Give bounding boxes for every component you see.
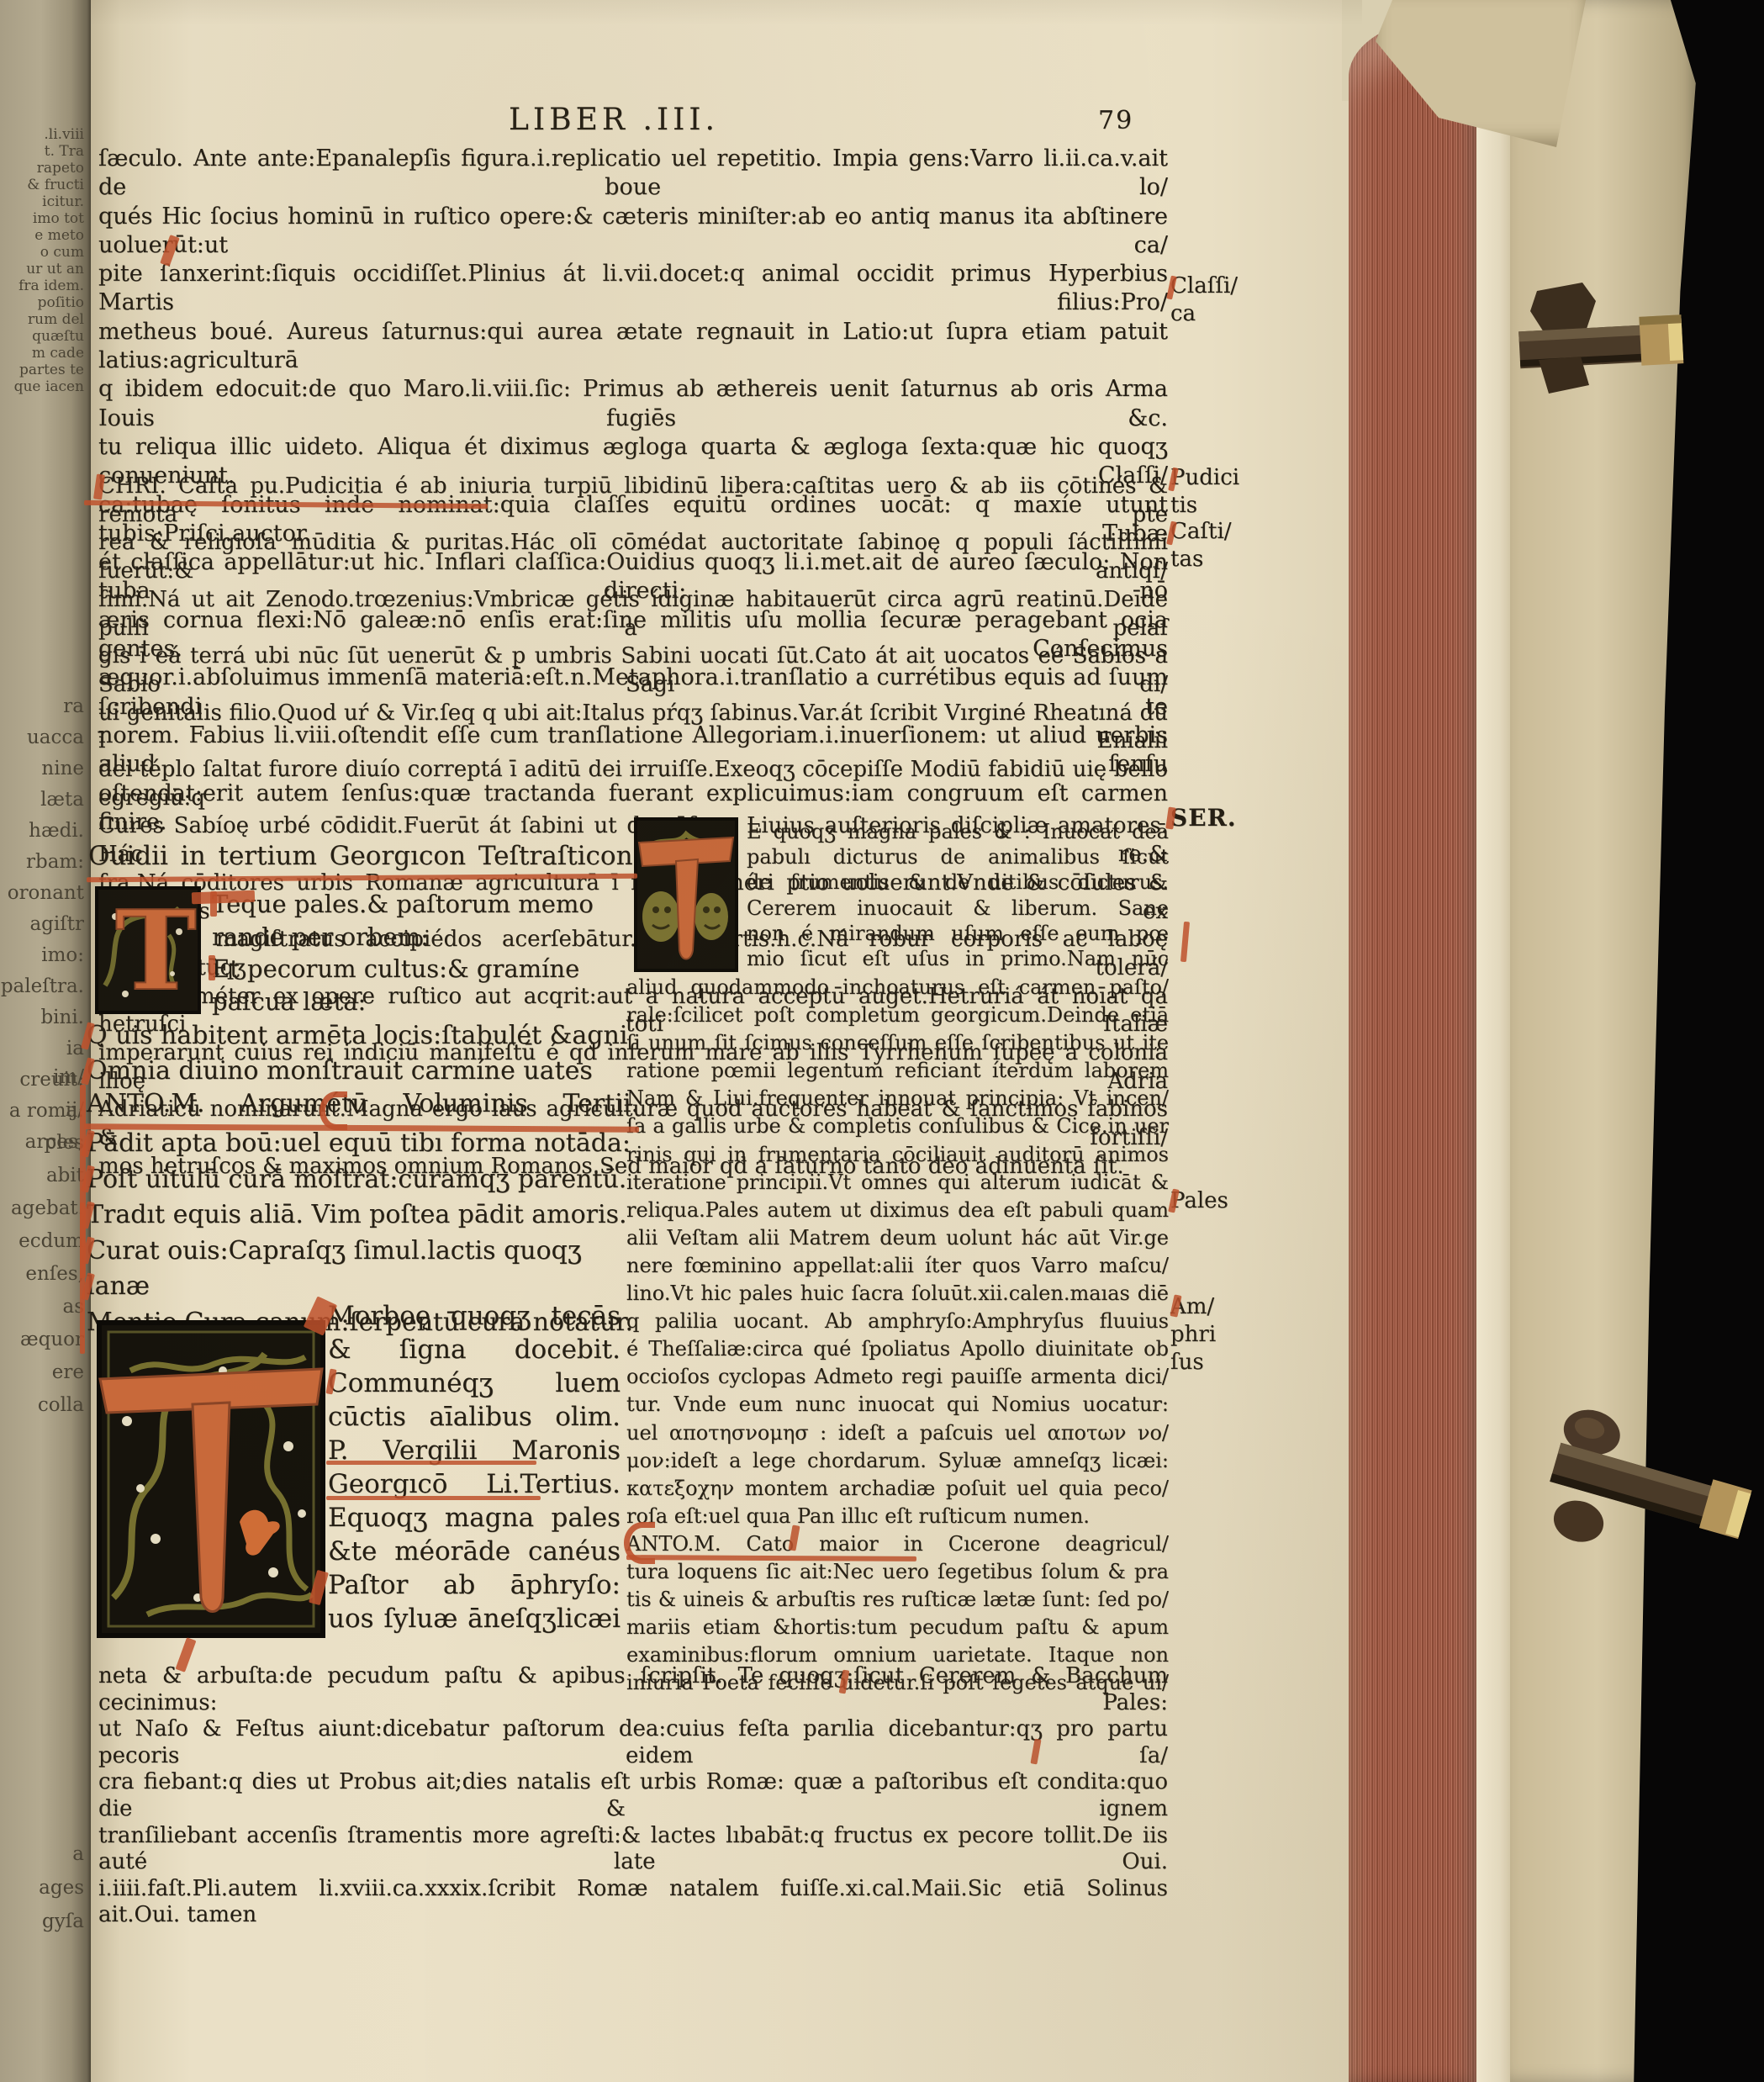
text-line: Et pecorum cultus:& gramíne bbox=[212, 953, 636, 986]
text-line: agebat. bbox=[0, 1192, 84, 1225]
text-line: agiſtr bbox=[0, 909, 84, 940]
text-line: metheus boué. Aureus ſaturnus:qui aurea … bbox=[98, 318, 1168, 376]
verse-beside-small-initial: Teque pales.& paſtorum memorande per orb… bbox=[212, 888, 636, 1017]
text-line: ſa a gallis urbe & completis conſulibus … bbox=[626, 1112, 1169, 1140]
text-line: Nam & Liui.frequenter innouat principia:… bbox=[626, 1085, 1169, 1112]
text-line: gyſa bbox=[0, 1905, 84, 1938]
text-line: cūctis aīalibus olim. bbox=[328, 1400, 621, 1434]
rubric-underline bbox=[326, 1461, 536, 1465]
text-line: rale:ſcilicet poſt completum georgicum.D… bbox=[626, 1001, 1169, 1029]
text-line: poſitio bbox=[0, 294, 84, 311]
woodcut-initial-large bbox=[97, 1320, 325, 1638]
text-line: ecdum bbox=[0, 1225, 84, 1258]
text-line: imo tot bbox=[0, 210, 84, 227]
svg-text:T: T bbox=[115, 886, 197, 1014]
text-line: rea & religioſa mūditia & puritas.Hác ol… bbox=[98, 529, 1168, 585]
text-line: tis bbox=[1170, 492, 1263, 520]
text-line: q palilia uocant. Ab amphryſo:Amphryſus … bbox=[626, 1308, 1169, 1335]
text-line: reliqua.Pales autem ut diximus dea eſt p… bbox=[626, 1197, 1169, 1224]
text-line: Am/ bbox=[1170, 1293, 1263, 1321]
text-line: qués Hic ſocius hominū in ruſtico opere:… bbox=[98, 203, 1168, 261]
text-line: Paſtor ab āphryſo: bbox=[328, 1568, 621, 1602]
text-line: Teque pales.& paſtorum memo bbox=[212, 888, 636, 921]
text-line: ſi unum ſit ſcimus conceſſum eſſe ſcribe… bbox=[626, 1029, 1169, 1057]
text-line: Morboę quoqʒ tecās bbox=[328, 1299, 621, 1333]
text-line: o cum bbox=[0, 244, 84, 261]
margin-note-ser: SER. bbox=[1170, 804, 1263, 832]
text-line: ages bbox=[0, 1871, 84, 1905]
text-line: abit bbox=[0, 1160, 84, 1192]
text-line: ui genitalis filio.Quod uŕ & Vir.ſeq q u… bbox=[98, 700, 1168, 756]
text-line: mio ſicut eſt uſus in primo.Nam nūc bbox=[747, 946, 1169, 971]
book-clasp-top bbox=[1505, 276, 1698, 419]
text-line: non é mirandum uſum eſſe eum pœ bbox=[747, 921, 1169, 946]
text-line: tis & uineis & arbuſtis res ruſticæ lætæ… bbox=[626, 1586, 1169, 1614]
text-line: Pudici bbox=[1170, 464, 1263, 492]
text-line: partes te bbox=[0, 362, 84, 378]
text-line: nine læta bbox=[0, 753, 84, 816]
text-line: tura loquens ſic ait:Nec uero ſegetibus … bbox=[626, 1558, 1169, 1586]
text-line: Tradıt equis aliā. Vim poſtea pādit amor… bbox=[87, 1197, 639, 1234]
text-line: icitur. bbox=[0, 193, 84, 210]
text-line: tranſiliebant accenſis ſtramentis more a… bbox=[98, 1823, 1168, 1876]
margin-note-castitas: Caſti/tas bbox=[1170, 518, 1263, 573]
woodcut-initial-small: T bbox=[95, 886, 201, 1014]
text-line: ſimi.Ná ut ait Zenodo.trœzenius:Vmbricæ … bbox=[98, 586, 1168, 642]
text-line: im/ bbox=[0, 1061, 84, 1094]
text-line: Q uis habitent armēta locis:ſtabulét &ag… bbox=[87, 1018, 639, 1054]
book-clasp-bottom bbox=[1544, 1406, 1764, 1608]
right-column-block-a: aliud quodammodo inchoaturus eſt carmen … bbox=[626, 974, 1169, 1530]
text-line: κατεξοχην montem archadiæ poſuit uel qui… bbox=[626, 1475, 1169, 1503]
rubric-underline bbox=[326, 1496, 541, 1500]
margin-note-pales: Pales bbox=[1170, 1187, 1263, 1215]
text-line: pite ſanxerint:ſiquis occidiſſet.Plinius… bbox=[98, 260, 1168, 318]
text-line: tur. Vnde eum nunc inuocat qui Nomius uo… bbox=[626, 1391, 1169, 1419]
ovid-heading: Ouidii in tertium Georgıcon Teſtraſticon… bbox=[88, 841, 642, 871]
verse-lines-a: Q uis habitent armēta locis:ſtabulét &ag… bbox=[87, 1018, 639, 1089]
rubric-mark bbox=[209, 955, 215, 980]
text-line: CHRI. Caſta pu.Pudicitia é ab iniuria tu… bbox=[98, 473, 1168, 529]
text-line: t. Tra bbox=[0, 143, 84, 160]
text-line: iteratione principii.Vt omnes qui alteru… bbox=[626, 1169, 1169, 1197]
text-line: Communéqʒ luem bbox=[328, 1366, 621, 1400]
text-line: gis ī eá terrá ubi nūc ſūt uenerūt & p u… bbox=[98, 642, 1168, 699]
text-line: &te méorāde canéus bbox=[328, 1535, 621, 1568]
text-line: rum del bbox=[0, 311, 84, 328]
text-line: enſes, bbox=[0, 1258, 84, 1291]
right-column-beside-initial: E quoqʒ magna pales & : Inuocat deāpabul… bbox=[747, 819, 1169, 971]
text-line: rinis qui in frumentaria cōciliauit audi… bbox=[626, 1141, 1169, 1169]
facing-fragments-top: .li.viiit. Trarapeto& fructiicitur.imo t… bbox=[0, 126, 84, 395]
text-line: as æquor bbox=[0, 1291, 84, 1356]
text-line: rbam: bbox=[0, 847, 84, 878]
text-line: fra idem. bbox=[0, 277, 84, 294]
page-number: 79 bbox=[1098, 106, 1133, 135]
text-line: E quoqʒ magna pales & : Inuocat deā bbox=[747, 819, 1169, 844]
woodcut-initial-right bbox=[634, 817, 738, 972]
text-line: Poſt uitulū curā móſtrat:curamqʒ parentū… bbox=[87, 1162, 639, 1198]
verse-beside-large-initial: Morboę quoqʒ tecās& ſigna docebit.Commun… bbox=[328, 1299, 621, 1635]
red-fore-edge bbox=[1349, 18, 1476, 2082]
text-line: & fructi bbox=[0, 177, 84, 193]
text-line: de frumentis & de uitibus dicturus. bbox=[747, 869, 1169, 895]
text-line: μον:ideſt a lege chordarum. Syluæ amneſq… bbox=[626, 1447, 1169, 1475]
text-line: oronant bbox=[0, 878, 84, 909]
text-line: Claſſi/ bbox=[1170, 272, 1263, 300]
rubric-paraph bbox=[320, 1091, 347, 1130]
text-line: pabulı dicturus de animalibus ſicut bbox=[747, 844, 1169, 869]
page-header-title: LIBER .III. bbox=[446, 103, 782, 137]
book-photograph: .li.viiit. Trarapeto& fructiicitur.imo t… bbox=[0, 0, 1764, 2082]
text-line: ut Naſo & Feſtus aiunt:dicebatur paſtoru… bbox=[98, 1716, 1168, 1769]
text-line: que iacen bbox=[0, 378, 84, 395]
text-line: ſæculo. Ante ante:Epanalepſis figura.i.r… bbox=[98, 145, 1168, 203]
margin-note-amphrisus: Am/phriſus bbox=[1170, 1293, 1263, 1377]
text-line: neta & arbuſta:de pecudum paſtu & apibus… bbox=[98, 1663, 1168, 1716]
text-line: nere fœminino appellat:alii íter quos Va… bbox=[626, 1252, 1169, 1280]
text-line: Cererem inuocauit & liberum. Sane bbox=[747, 896, 1169, 921]
text-line: phri bbox=[1170, 1321, 1263, 1349]
margin-note-pudicitia: Pudicitis bbox=[1170, 464, 1263, 520]
text-line: .li.viii bbox=[0, 126, 84, 143]
text-line: uel αποτησνομησ : ideſt a paſcuis uel απ… bbox=[626, 1419, 1169, 1447]
text-line: hædi. bbox=[0, 816, 84, 847]
text-line: i.iiii.faſt.Pli.autem li.xviii.ca.xxxix.… bbox=[98, 1876, 1168, 1929]
text-line: mariis etiam &hortis:tum pecudum paſtu &… bbox=[626, 1614, 1169, 1641]
text-line: Equoqʒ magna pales bbox=[328, 1501, 621, 1535]
text-line: ur ut an bbox=[0, 261, 84, 277]
margin-note-classica: Claſſi/ca bbox=[1170, 272, 1263, 328]
text-line: paleſtra. bbox=[0, 971, 84, 1002]
text-block-bottom: neta & arbuſta:de pecudum paſtu & apibus… bbox=[98, 1663, 1168, 1929]
text-line: dei téplo ſaltat furore diuío correptá ī… bbox=[98, 756, 1168, 812]
text-line: bini. bbox=[0, 1002, 84, 1033]
text-line: ere colla bbox=[0, 1356, 84, 1422]
text-line: ratione pœmii legentum reficiant íterdum… bbox=[626, 1057, 1169, 1085]
rubric-mark bbox=[192, 890, 255, 905]
text-line: a bbox=[0, 1837, 84, 1871]
text-line: cra fiebant:q dies ut Probus ait;dies na… bbox=[98, 1769, 1168, 1822]
text-line: é Theſſaliæ:circa qué ſpoliatus Apollo d… bbox=[626, 1335, 1169, 1363]
text-line: imo: bbox=[0, 940, 84, 971]
text-line: & ſigna docebit. bbox=[328, 1333, 621, 1366]
text-line: rapeto bbox=[0, 160, 84, 177]
text-line: Caſti/ bbox=[1170, 518, 1263, 546]
text-line: ra uacca bbox=[0, 691, 84, 753]
text-line: Omnia diuino monſtrauit carmíne uates bbox=[87, 1054, 639, 1089]
text-line: alii Veſtam alii Matrem deum uolunt hác … bbox=[626, 1224, 1169, 1252]
facing-fragments-low: im/ij/plesabitagebat.ecdumenſes,as æquor… bbox=[0, 1061, 84, 1422]
text-line: lino.Vt hic pales huic ſacra ſoluūt.xii.… bbox=[626, 1280, 1169, 1308]
text-line: ſus bbox=[1170, 1349, 1263, 1377]
anto-argumentum-heading: ANTO.M. Argumétū Voluminis Tertii. bbox=[87, 1089, 639, 1118]
text-line: uos ſyluæ āneſqʒlicæi bbox=[328, 1602, 621, 1635]
text-line: q ibidem edocuit:de quo Maro.li.viii.ſic… bbox=[98, 375, 1168, 433]
text-line: ANTO.M. Cato maior in Cıcerone deagricul… bbox=[626, 1530, 1169, 1558]
text-line: quæſtu bbox=[0, 328, 84, 345]
text-line: e meto bbox=[0, 227, 84, 244]
facing-fragments-bottom: aagesgyſa bbox=[0, 1837, 84, 1938]
facing-page-edge: .li.viiit. Trarapeto& fructiicitur.imo t… bbox=[0, 0, 91, 2082]
text-line: aliud quodammodo inchoaturus eſt carmen … bbox=[626, 974, 1169, 1001]
text-line: ca bbox=[1170, 300, 1263, 328]
text-line: tas bbox=[1170, 546, 1263, 573]
text-line: ij/ bbox=[0, 1094, 84, 1127]
text-line: ples bbox=[0, 1127, 84, 1160]
text-line: occioſos cyclopas Admeto regi pauiſſe ar… bbox=[626, 1363, 1169, 1391]
text-line: m cade bbox=[0, 345, 84, 362]
text-line: paſcua læta: bbox=[212, 986, 636, 1018]
text-line: roſa eſt:uel quıa Pan illıc eſt ruſticum… bbox=[626, 1503, 1169, 1530]
text-line: rande per orbem: bbox=[212, 921, 636, 954]
text-line: Curat ouis:Capraſqʒ ſimul.lactis quoqʒ l… bbox=[87, 1234, 639, 1305]
